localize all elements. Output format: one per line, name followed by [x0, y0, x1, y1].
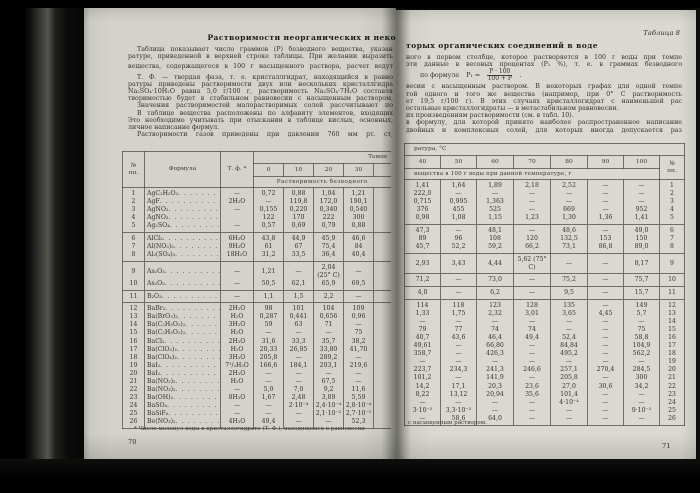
table-cell: —	[221, 290, 254, 303]
table-cell: 46,4	[477, 334, 514, 342]
table-cell: 170	[284, 214, 314, 222]
table-cell: 108	[477, 235, 514, 243]
table-cell: 7¹/₂H₂O	[221, 362, 254, 370]
table-cell: —	[551, 190, 588, 198]
table-row: 376455525—669—9524	[405, 206, 685, 214]
table-cell: —	[624, 318, 660, 326]
text-line: Растворимости газов приведены при давлен…	[128, 131, 393, 138]
formula-prefix: по формуле	[420, 72, 459, 79]
table-cell	[374, 303, 391, 314]
table-row: 4AgNO₃122170222300	[123, 214, 391, 222]
table-cell: 101	[284, 303, 314, 314]
table-cell: 3,01	[514, 310, 551, 318]
table-row: 1,411,641,892,182,52——1	[405, 180, 685, 191]
table-cell: 1,41	[405, 180, 441, 191]
temp-col-40: 40	[405, 156, 441, 169]
table-cell: —	[405, 399, 441, 407]
table-cell: 9H₂O	[221, 243, 254, 251]
table-cell: 33,80	[314, 346, 344, 354]
right-paragraphs-bottom: весии с насыщенным раствором. В некоторы…	[406, 83, 682, 133]
table-cell: 2,1·10⁻²	[314, 410, 344, 418]
table-row: 79777474——7515	[405, 326, 685, 334]
table-row: 14,217,120,323,627,030,634,222	[405, 383, 685, 391]
table-cell: 190,1	[344, 198, 374, 206]
table-cell: —	[514, 342, 551, 350]
table-cell: 1,33	[405, 310, 441, 318]
table-cell: —	[551, 415, 588, 425]
table-cell	[374, 188, 391, 199]
table-cell: 19	[660, 358, 685, 366]
table-cell: 1,23	[514, 214, 551, 224]
formula-cell: Ba(C₂H₃O₂)₂	[145, 329, 221, 337]
table-cell: 31,6	[254, 338, 284, 346]
table-cell: 246,6	[514, 366, 551, 374]
table-cell: 75,4	[314, 243, 344, 251]
table-cell: 0,540	[344, 206, 374, 214]
table-cell: H₂O	[221, 313, 254, 321]
table-cell: 4·10⁻⁴	[551, 399, 588, 407]
table-row: 1AgC₂H₃O₂—0,720,881,041,21	[123, 188, 391, 199]
table-row: 10As₂O₅—50,562,165,969,5	[123, 280, 391, 290]
table-cell: —	[588, 206, 624, 214]
table-cell: —	[588, 287, 624, 300]
table-cell: 1,21	[344, 188, 374, 199]
table-cell: 1,64	[441, 180, 477, 191]
table-cell: 205,8	[551, 374, 588, 382]
table-cell: 166,6	[254, 362, 284, 370]
table-cell: 13,12	[441, 391, 477, 399]
table-cell: 300	[624, 374, 660, 382]
table-cell: —	[441, 274, 477, 287]
table-cell	[374, 313, 391, 321]
table-cell: 45,9	[314, 232, 344, 243]
table-cell: —	[284, 354, 314, 362]
table-cell: 10	[123, 280, 145, 290]
table-cell: 3,3·10⁻²	[441, 407, 477, 415]
table-cell: H₂O	[221, 329, 254, 337]
formula-cell: BaI₂	[145, 370, 221, 378]
table-cell: 952	[624, 206, 660, 214]
text-line: Na₂SO₄·10H₂O равна 5,0 г/100 г, раствори…	[128, 88, 393, 95]
table-cell: 14,2	[405, 383, 441, 391]
table-row: 8,2213,1220,9435,6101,4——23	[405, 391, 685, 399]
formula-cell: BaBr₂	[145, 303, 221, 314]
table-cell: 1,30	[551, 214, 588, 224]
table-cell	[374, 329, 391, 337]
table-row: 23Ba(OH)₂8H₂O1,672,483,895,59	[123, 394, 391, 402]
table-cell: 2,52	[551, 180, 588, 191]
table-cell: 23	[660, 391, 685, 399]
formula-cell: BaI₂	[145, 362, 221, 370]
table-cell: 9,5	[551, 287, 588, 300]
table-cell: 75	[344, 329, 374, 337]
table-cell: —	[624, 399, 660, 407]
table-cell: —	[254, 402, 284, 410]
table-cell: 0,656	[314, 313, 344, 321]
table-cell	[374, 214, 391, 222]
table-cell: 9,2	[314, 386, 344, 394]
table-cell: —	[254, 370, 284, 378]
table-cell: —	[624, 415, 660, 425]
table-cell: —	[588, 350, 624, 358]
table-row: 14Ba(C₂H₃O₂)₂3H₂O596371—	[123, 321, 391, 329]
col-header-number-right: № пп.	[660, 156, 685, 180]
table-cell: —	[344, 378, 374, 386]
table-cell	[374, 394, 391, 402]
col-header-formula: Формула	[145, 152, 221, 188]
table-cell	[374, 243, 391, 251]
table-cell: 21	[660, 374, 685, 382]
table-cell: 153	[588, 235, 624, 243]
table-cell: 669	[551, 206, 588, 214]
table-cell: 15,7	[624, 287, 660, 300]
table-cell: 40,7	[405, 334, 441, 342]
table-cell: —	[314, 370, 344, 378]
table-cell: —	[588, 198, 624, 206]
table-cell: 20	[660, 366, 685, 374]
formula-cell: As₂O₅	[145, 280, 221, 290]
table-cell: —	[624, 391, 660, 399]
table-cell	[374, 386, 391, 394]
table-cell: 23	[123, 394, 145, 402]
table-cell: —	[588, 334, 624, 342]
table-cell: —	[514, 415, 551, 425]
table-cell: 2,48	[284, 394, 314, 402]
table-cell	[374, 370, 391, 378]
text-line: в формулу, для которой принято наиболее …	[406, 119, 682, 126]
table-cell: 128	[514, 299, 551, 310]
table-cell: 48,1	[477, 224, 514, 235]
table-cell: —	[221, 188, 254, 199]
table-cell: 31,2	[254, 251, 284, 261]
table-cell: 45,7	[405, 243, 441, 253]
table-row: 12BaBr₂2H₂O98101104109	[123, 303, 391, 314]
table-cell: 15	[660, 326, 685, 334]
table-cell: 62,1	[284, 280, 314, 290]
text-line: Т. Ф. — твердая фаза, т. е. кристаллгидр…	[128, 74, 393, 81]
table-cell: 1,67	[254, 394, 284, 402]
table-cell: —	[441, 350, 477, 358]
table-row: 49,61—66,80—84,84—104,917	[405, 342, 685, 350]
temp-col-20: 20	[314, 164, 344, 177]
table-cell: 49,61	[405, 342, 441, 350]
table-cell: 0,220	[284, 206, 314, 214]
table-cell: 10	[660, 274, 685, 287]
table-row: 20BaI₂2H₂O————	[123, 370, 391, 378]
table-cell: —	[441, 358, 477, 366]
temp-col-80: 80	[551, 156, 588, 169]
table-cell: 33,3	[284, 338, 314, 346]
table-row: 101,2—141,9—205,8—30021	[405, 374, 685, 382]
table-cell: 376	[405, 206, 441, 214]
table-cell: 35,7	[314, 338, 344, 346]
table-cell: 495,2	[551, 350, 588, 358]
text-line: Это необходимо учитывать при отыскании в…	[128, 117, 393, 124]
table-cell: 426,3	[477, 350, 514, 358]
table-cell: 26	[660, 415, 685, 425]
table-cell: 6,2	[477, 287, 514, 300]
table-cell: 6	[660, 224, 685, 235]
table-cell: 5,62 (75° C)	[514, 253, 551, 274]
table-cell: 21	[123, 378, 145, 386]
left-table-body: 1AgC₂H₃O₂—0,720,881,041,212AgF2H₂O—119,8…	[123, 188, 391, 429]
table-cell: 23,6	[514, 383, 551, 391]
table-cell: —	[551, 407, 588, 415]
table-cell: —	[588, 342, 624, 350]
table-cell: 40,4	[344, 251, 374, 261]
left-paragraphs: Таблица показывает число граммов (Р) без…	[128, 46, 393, 138]
temperature-header-right: ратура, °С	[405, 144, 685, 156]
table-row: 0,7150,9951,363————3	[405, 198, 685, 206]
table-row: 8996108120132,51531507	[405, 235, 685, 243]
left-page-title: Растворимости неорганических и неко	[140, 33, 396, 42]
formula-cell: BaCl₂	[145, 338, 221, 346]
table-cell: 7	[660, 235, 685, 243]
table-cell: 0,96	[344, 313, 374, 321]
table-cell: 75,7	[624, 274, 660, 287]
table-cell: 2,4·10⁻⁴	[314, 402, 344, 410]
table-cell: —	[514, 350, 551, 358]
table-cell: 17	[123, 346, 145, 354]
formula-cell: Ag₂SO₄	[145, 222, 221, 232]
table-cell: 1,04	[314, 188, 344, 199]
table-cell: 1,41	[624, 214, 660, 224]
table-cell: 0,69	[284, 222, 314, 232]
right-page-number: 71	[662, 442, 670, 450]
formula-cell: AgC₂H₃O₂	[145, 188, 221, 199]
table-cell: 123	[477, 299, 514, 310]
table-cell: 141,9	[477, 374, 514, 382]
right-footnote: с насыщенным раствором.	[408, 420, 487, 426]
text-line: ет 19,5 г/100 г). В этих случаях кристал…	[406, 98, 682, 105]
table-cell: 9	[660, 253, 685, 274]
table-cell: —	[477, 190, 514, 198]
table-cell: —	[514, 358, 551, 366]
table-cell: —	[344, 321, 374, 329]
right-paragraphs: ного в первом столбце, которое растворяе…	[406, 54, 682, 134]
table-cell: 27,0	[551, 383, 588, 391]
table-cell	[374, 410, 391, 418]
table-cell: 2,04 (25° C)	[314, 261, 344, 280]
table-cell: —	[254, 410, 284, 418]
text-line: В таблице вещества расположены по алфави…	[128, 110, 393, 117]
table-cell: 0,155	[254, 206, 284, 214]
table-cell: —	[441, 318, 477, 326]
table-cell: —	[284, 261, 314, 280]
table-row: 223,7234,3241,3246,6257,1270,4284,520	[405, 366, 685, 374]
table-row: 13Ba(BrO₃)₂H₂O0,2870,4410,6560,96	[123, 313, 391, 321]
formula-cell: BaSO₄	[145, 402, 221, 410]
table-cell: 59	[254, 321, 284, 329]
table-cell	[374, 222, 391, 232]
table-cell: 8	[123, 251, 145, 261]
table-cell: —	[441, 374, 477, 382]
table-row: 22Ba(NO₃)₂—5,07,09,211,6	[123, 386, 391, 394]
subheader-solubility: Растворимость безводного	[254, 177, 391, 188]
table-cell: 358,7	[405, 350, 441, 358]
table-cell: —	[551, 318, 588, 326]
text-line: ратуры приведены растворимости двух или …	[128, 81, 393, 88]
table-cell: 73,0	[477, 274, 514, 287]
table-cell: —	[588, 407, 624, 415]
table-cell: 4,44	[477, 253, 514, 274]
table-cell: 4	[123, 214, 145, 222]
left-page-number: 70	[128, 438, 136, 446]
table-cell: —	[254, 378, 284, 386]
table-cell: 20	[123, 370, 145, 378]
table-cell: 50,5	[254, 280, 284, 290]
table-row: 47,3—48,1—48,6—49,06	[405, 224, 685, 235]
table-cell: 223,7	[405, 366, 441, 374]
temp-col-10: 10	[284, 164, 314, 177]
table-cell: 104	[314, 303, 344, 314]
table-cell: 13	[123, 313, 145, 321]
table-cell: 101,2	[405, 374, 441, 382]
table-cell: —	[221, 410, 254, 418]
table-cell: —	[551, 326, 588, 334]
table-cell: 61	[254, 243, 284, 251]
table-cell: 122	[254, 214, 284, 222]
table-cell: 16	[123, 338, 145, 346]
text-line: Таблица показывает число граммов (Р) без…	[128, 46, 393, 53]
table-cell: 65,9	[314, 280, 344, 290]
table-cell: —	[588, 274, 624, 287]
table-cell: 2,18	[514, 180, 551, 191]
table-row: ———————19	[405, 358, 685, 366]
table-cell: 562,2	[624, 350, 660, 358]
table-cell: 38,2	[344, 338, 374, 346]
table-cell: 74	[514, 326, 551, 334]
table-cell: —	[405, 318, 441, 326]
table-cell	[374, 206, 391, 214]
table-cell: 0,441	[284, 313, 314, 321]
table-cell: 1,5	[284, 290, 314, 303]
table-cell: —	[441, 342, 477, 350]
table-cell: 0,79	[314, 222, 344, 232]
table-cell	[374, 280, 391, 290]
table-row: 222,0——————2	[405, 190, 685, 198]
table-cell	[221, 214, 254, 222]
table-cell: 74	[477, 326, 514, 334]
table-cell: 3	[123, 206, 145, 214]
table-cell: 2,93	[405, 253, 441, 274]
table-cell: 205,8	[254, 354, 284, 362]
table-cell: 5	[660, 214, 685, 224]
solubility-table-low-temp: № пп. Формула Т. ф. * Темпе 0 10 20 30 Р…	[122, 151, 391, 429]
table-cell	[374, 251, 391, 261]
table-cell: 0,98	[405, 214, 441, 224]
table-cell: 0,88	[344, 222, 374, 232]
left-table-head: № пп. Формула Т. ф. * Темпе 0 10 20 30 Р…	[123, 152, 391, 188]
table-row: 2,933,434,445,62 (75° C)——8,179	[405, 253, 685, 274]
table-cell: —	[514, 274, 551, 287]
table-cell: 1,363	[477, 198, 514, 206]
left-page: Растворимости неорганических и неко Табл…	[84, 8, 396, 460]
table-cell: 2H₂O	[221, 338, 254, 346]
table-cell: 43,8	[254, 232, 284, 243]
table-row: 71,2—73,0—75,2—75,710	[405, 274, 685, 287]
table-row: 1,331,752,323,013,654,455,713	[405, 310, 685, 318]
table-cell: —	[551, 253, 588, 274]
table-cell: 0,340	[314, 206, 344, 214]
table-cell: 150	[624, 235, 660, 243]
table-cell: 11	[660, 287, 685, 300]
table-cell: —	[441, 224, 477, 235]
table-cell: —	[254, 198, 284, 206]
table-cell: 5	[123, 222, 145, 232]
photo-top-border	[0, 0, 700, 8]
table-cell: —	[284, 370, 314, 378]
table-number-label: Таблица 8	[643, 29, 680, 37]
table-row: 2AgF2H₂O—119,8172,0190,1	[123, 198, 391, 206]
table-cell: 8	[660, 243, 685, 253]
table-row: 45,752,259,266,273,186,889,08	[405, 243, 685, 253]
table-cell: 6H₂O	[221, 232, 254, 243]
subheader-substance: вещества в 100 г воды при данной темпера…	[405, 169, 660, 180]
table-cell: —	[588, 326, 624, 334]
table-cell: 33,5	[284, 251, 314, 261]
table-cell: 47,3	[405, 224, 441, 235]
right-page: Таблица 8 торых органических соединений …	[396, 10, 696, 460]
table-cell: 1,08	[441, 214, 477, 224]
table-cell: 84	[344, 243, 374, 251]
table-cell: 59,2	[477, 243, 514, 253]
table-cell: 18H₂O	[221, 251, 254, 261]
formula-cell: Ba(BrO₃)₂	[145, 313, 221, 321]
table-cell	[374, 198, 391, 206]
table-cell: —	[514, 287, 551, 300]
text-line: личное написание формул.	[128, 124, 393, 131]
formula-cell: Ba(C₂H₃O₂)₂	[145, 321, 221, 329]
table-cell: 49,4	[514, 334, 551, 342]
table-cell: 0,57	[254, 222, 284, 232]
table-cell: 132,5	[551, 235, 588, 243]
table-cell: —	[477, 407, 514, 415]
temp-col-cut	[374, 164, 391, 177]
table-cell: —	[588, 253, 624, 274]
table-cell: 9	[123, 261, 145, 280]
table-row: 24BaSO₄——2·10⁻⁴2,4·10⁻⁴2,8·10⁻⁴	[123, 402, 391, 410]
table-cell: 46,6	[344, 232, 374, 243]
table-cell: 1	[123, 188, 145, 199]
table-cell: 7	[123, 243, 145, 251]
table-cell: 58,8	[624, 334, 660, 342]
temp-col-60: 60	[477, 156, 514, 169]
table-row: 3·10⁻²3,3·10⁻²————9·10⁻²25	[405, 407, 685, 415]
table-cell: 300	[344, 214, 374, 222]
table-cell: 5,59	[344, 394, 374, 402]
book-scan-photo: Растворимости неорганических и неко Табл…	[0, 0, 700, 493]
table-cell: —	[514, 198, 551, 206]
table-cell: 18	[123, 354, 145, 362]
text-line: ратуре, приведенной в верхней строке таб…	[128, 53, 393, 60]
table-cell: 1,36	[588, 214, 624, 224]
table-cell: —	[514, 318, 551, 326]
table-cell: 17,1	[441, 383, 477, 391]
right-table-body: 1,411,641,892,182,52——1222,0——————20,715…	[405, 180, 685, 426]
table-cell: —	[551, 198, 588, 206]
table-cell: —	[588, 399, 624, 407]
table-cell: 172,0	[314, 198, 344, 206]
table-cell	[374, 378, 391, 386]
table-cell: 2H₂O	[221, 370, 254, 378]
table-cell: —	[344, 290, 374, 303]
table-cell: 11	[123, 290, 145, 303]
table-cell: 15	[123, 329, 145, 337]
table-cell: —	[477, 358, 514, 366]
table-cell: 5,7	[624, 310, 660, 318]
table-cell: 120	[514, 235, 551, 243]
